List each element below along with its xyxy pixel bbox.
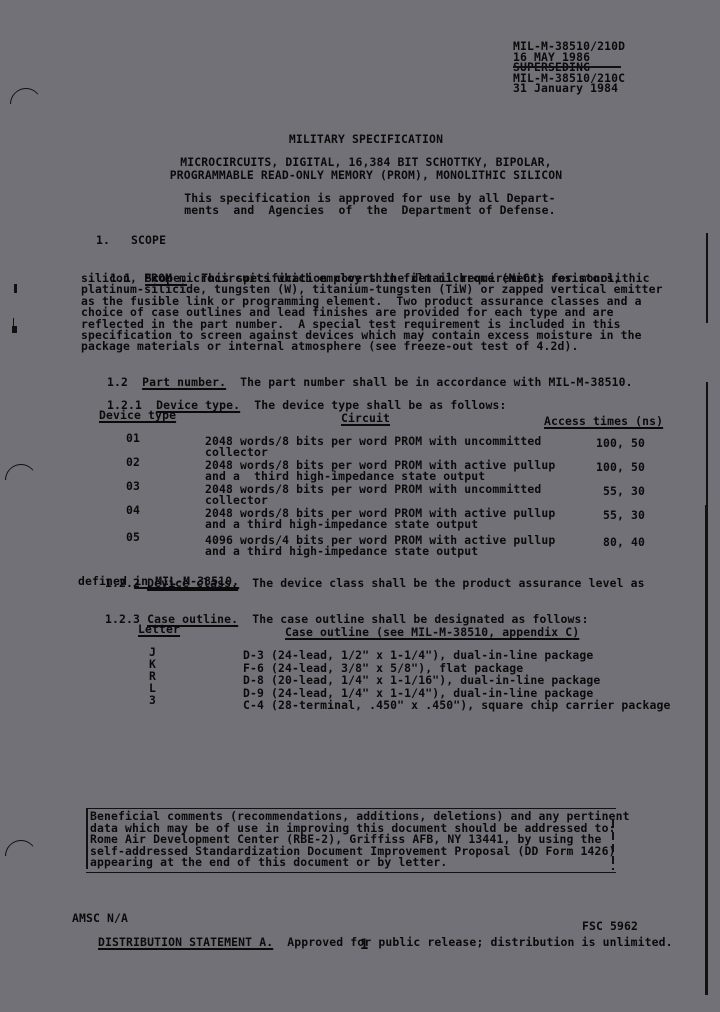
case-letter: 3 — [149, 695, 156, 706]
header-rule — [513, 66, 621, 68]
case-outline-description: D-8 (20-lead, 1/4" x 1-1/16"), dual-in-l… — [243, 675, 600, 686]
device-access-times: 55, 30 — [0, 486, 645, 497]
page-edge-line — [706, 233, 708, 323]
spec-heading: MILITARY SPECIFICATION — [6, 134, 720, 145]
case-letter: K — [149, 659, 156, 670]
device-access-times: 80, 40 — [0, 537, 645, 548]
column-header-access-times: Access times (ns) — [544, 416, 663, 427]
subject-line-1: MICROCIRCUITS, DIGITAL, 16,384 BIT SCHOT… — [6, 157, 720, 168]
case-letter: J — [149, 647, 156, 658]
scan-speck — [12, 326, 17, 333]
page-edge-line — [705, 505, 708, 995]
approval-line-2: ments and Agencies of the Department of … — [10, 205, 720, 216]
binder-hole-mark — [3, 81, 48, 126]
section-heading-scope: 1. SCOPE — [96, 235, 166, 246]
scan-speck — [13, 318, 14, 327]
scan-speck — [14, 284, 17, 293]
case-outline-description: C-4 (28-terminal, .450" x .450"), square… — [243, 700, 670, 711]
para-text: The device class shall be the product as… — [252, 576, 644, 590]
page-number: 1 — [360, 940, 369, 951]
amsc-number: AMSC N/A — [72, 913, 128, 924]
distribution-statement: DISTRIBUTION STATEMENT A. Approved for p… — [84, 926, 673, 948]
binder-hole-mark — [0, 833, 44, 878]
paragraph-1-2: 1.2 Part number. The part number shall b… — [93, 366, 633, 388]
distribution-label: DISTRIBUTION STATEMENT A. — [98, 935, 273, 949]
case-outline-description: F-6 (24-lead, 3/8" x 5/8"), flat package — [243, 663, 523, 674]
subject-line-2: PROGRAMMABLE READ-ONLY MEMORY (PROM), MO… — [6, 170, 720, 181]
para-title: Part number. — [142, 375, 226, 389]
paragraph-1-2-2-cont: defined in MIL-M-38510. — [78, 576, 239, 587]
para-text: The case outline shall be designated as … — [252, 612, 588, 626]
para-number: 1.2 — [107, 375, 128, 389]
para-number: 1.2.3 — [105, 612, 140, 626]
column-header-circuit: Circuit — [341, 413, 390, 424]
paragraph-1-1-body: silicon, PROM microcircuits which employ… — [81, 273, 663, 353]
comments-box-border — [86, 809, 88, 869]
superseded-date: 31 January 1984 — [513, 81, 618, 95]
comments-text: Beneficial comments (recommendations, ad… — [90, 811, 630, 869]
device-access-times: 55, 30 — [0, 510, 645, 521]
device-access-times: 100, 50 — [0, 462, 645, 473]
case-letter: L — [149, 683, 156, 694]
column-header-letter: Letter — [138, 624, 180, 635]
column-header-device-type: Device type — [99, 410, 176, 421]
distribution-text: Approved for public release; distributio… — [287, 935, 672, 949]
case-outline-description: D-9 (24-lead, 1/4" x 1-1/4"), dual-in-li… — [243, 688, 593, 699]
case-outline-description: D-3 (24-lead, 1/2" x 1-1/4"), dual-in-li… — [243, 650, 593, 661]
case-letter: R — [149, 671, 156, 682]
para-text: The part number shall be in accordance w… — [240, 375, 632, 389]
device-access-times: 100, 50 — [0, 438, 645, 449]
column-header-case-outline: Case outline (see MIL-M-38510, appendix … — [285, 627, 579, 638]
para-text: The device type shall be as follows: — [254, 398, 506, 412]
